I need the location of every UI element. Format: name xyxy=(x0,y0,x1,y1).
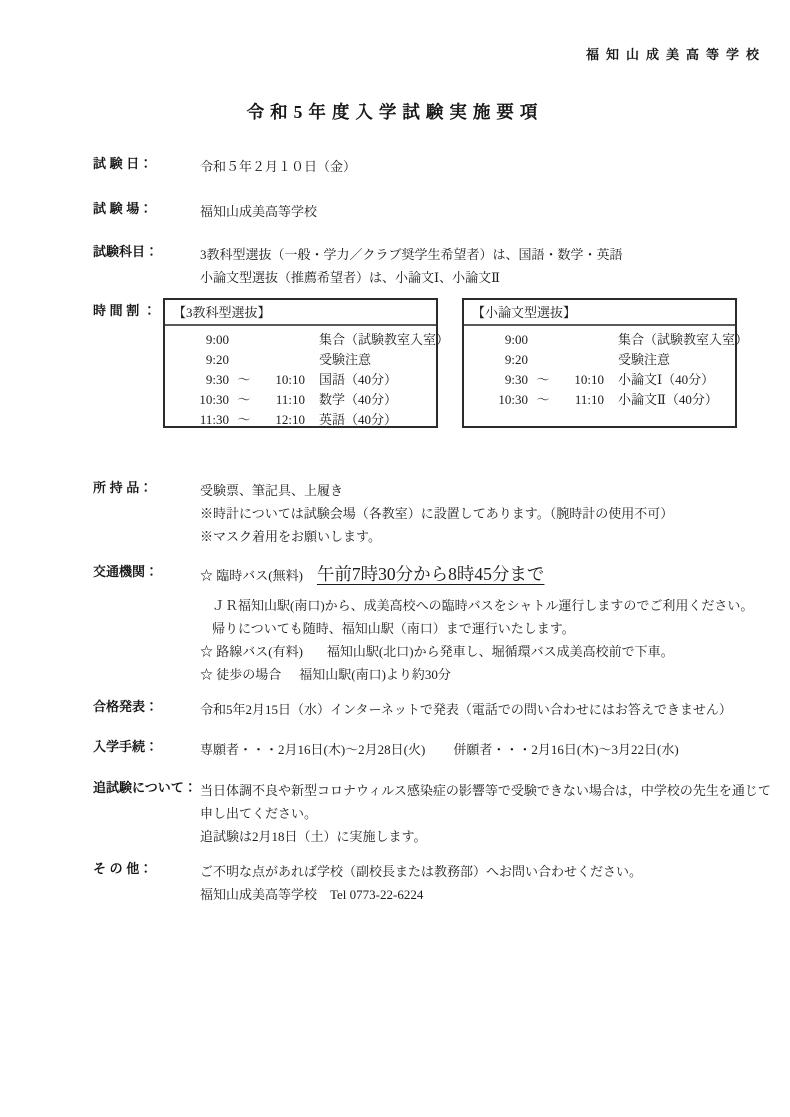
table-row: 9:00 集合（試験教室入室） xyxy=(464,329,735,349)
others-label: そ の 他： xyxy=(93,860,200,878)
section-others: そ の 他： ご不明な点があれば学校（副校長または教務部）へお問い合わせください… xyxy=(93,860,760,906)
belongings-content: 受験票、筆記具、上履き ※時計については試験会場（各教室）に設置してあります。（… xyxy=(200,479,760,548)
header-school-name: 福知山成美高等学校 xyxy=(586,44,766,63)
makeup-exam-line-2: 申し出てください。 xyxy=(200,802,771,825)
time-end xyxy=(558,331,604,348)
timetable-essay: 【小論文型選抜】 9:00 集合（試験教室入室） 9:20 受験注意 xyxy=(462,298,737,428)
row-desc: 受験注意 xyxy=(305,351,430,368)
exam-site-label: 試 験 場： xyxy=(93,200,200,218)
shuttle-note-2: 帰りについても随時、福知山駅（南口）まで運行いたします。 xyxy=(200,617,760,640)
time-end: 12:10 xyxy=(259,411,305,428)
others-content: ご不明な点があれば学校（副校長または教務部）へお問い合わせください。 福知山成美… xyxy=(200,860,760,906)
section-exam-site: 試 験 場： 福知山成美高等学校 xyxy=(93,200,760,223)
table-row: 10:30 〜 11:10 小論文Ⅱ（40分） xyxy=(464,389,735,409)
enrollment-sengan: 専願者・・・2月16日(木)～2月28日(火) xyxy=(200,738,425,761)
exam-site-value: 福知山成美高等学校 xyxy=(200,200,760,223)
row-desc: 小論文Ⅱ（40分） xyxy=(604,391,729,408)
time-end: 10:10 xyxy=(558,371,604,388)
timetable-essay-body: 9:00 集合（試験教室入室） 9:20 受験注意 9:30 〜 xyxy=(464,326,735,409)
announcement-label: 合格発表： xyxy=(93,698,200,716)
time-start: 9:30 xyxy=(472,371,528,388)
time-tilde xyxy=(528,351,558,368)
table-row: 9:20 受験注意 xyxy=(464,349,735,369)
route-bus-label: ☆ 路線バス(有料) xyxy=(200,640,303,663)
time-start: 9:30 xyxy=(173,371,229,388)
time-tilde: 〜 xyxy=(229,411,259,428)
subjects-content: 3教科型選抜（一般・学力／クラブ奨学生希望者）は、国語・数学・英語 小論文型選抜… xyxy=(200,243,760,289)
walk-detail: 福知山駅(南口)より約30分 xyxy=(299,663,451,686)
time-end xyxy=(558,351,604,368)
section-subjects: 試験科目： 3教科型選抜（一般・学力／クラブ奨学生希望者）は、国語・数学・英語 … xyxy=(93,243,760,289)
timetable-3subject-title: 【3教科型選抜】 xyxy=(165,300,436,326)
route-bus-line: ☆ 路線バス(有料) 福知山駅(北口)から発車し、堀循環バス成美高校前で下車。 xyxy=(200,640,760,663)
makeup-exam-line-1: 当日体調不良や新型コロナウィルス感染症の影響等で受験できない場合は，中学校の先生… xyxy=(200,779,771,802)
time-start: 11:30 xyxy=(173,411,229,428)
section-transport: 交通機関： ☆ 臨時バス(無料) 午前7時30分から8時45分まで ＪＲ福知山駅… xyxy=(93,563,760,686)
transport-label: 交通機関： xyxy=(93,563,200,581)
row-desc: 数学（40分） xyxy=(305,391,430,408)
row-desc: 英語（40分） xyxy=(305,411,430,428)
row-desc: 受験注意 xyxy=(604,351,729,368)
row-desc: 国語（40分） xyxy=(305,371,430,388)
route-bus-detail: 福知山駅(北口)から発車し、堀循環バス成美高校前で下車。 xyxy=(327,640,674,663)
time-tilde: 〜 xyxy=(229,371,259,388)
row-desc: 小論文Ⅰ（40分） xyxy=(604,371,729,388)
shuttle-bus-line: ☆ 臨時バス(無料) 午前7時30分から8時45分まで xyxy=(200,563,760,587)
timetable-label: 時 間 割 ： xyxy=(93,298,163,320)
timetable-3subject: 【3教科型選抜】 9:00 集合（試験教室入室） 9:20 受験注意 xyxy=(163,298,438,428)
walk-line: ☆ 徒歩の場合 福知山駅(南口)より約30分 xyxy=(200,663,760,686)
table-row: 9:20 受験注意 xyxy=(165,349,436,369)
belongings-line-3: ※マスク着用をお願いします。 xyxy=(200,525,760,548)
section-exam-date: 試 験 日： 令和５年２月１０日（金） xyxy=(93,155,760,178)
row-desc: 集合（試験教室入室） xyxy=(604,331,748,348)
belongings-label: 所 持 品： xyxy=(93,479,200,497)
table-row: 9:30 〜 10:10 国語（40分） xyxy=(165,369,436,389)
shuttle-note-1: ＪＲ福知山駅(南口)から、成美高校への臨時バスをシャトル運行しますのでご利用くだ… xyxy=(200,594,760,617)
announcement-value: 令和5年2月15日（水）インターネットで発表（電話での問い合わせにはお答えできま… xyxy=(200,698,760,721)
exam-date-label: 試 験 日： xyxy=(93,155,200,173)
shuttle-bus-label: ☆ 臨時バス(無料) xyxy=(200,564,303,587)
row-desc: 集合（試験教室入室） xyxy=(305,331,449,348)
section-timetable: 時 間 割 ： 【3教科型選抜】 9:00 集合（試験教室入室） 9:20 xyxy=(93,298,760,428)
makeup-exam-label: 追試験について： xyxy=(93,779,200,797)
time-tilde: 〜 xyxy=(528,371,558,388)
section-announcement: 合格発表： 令和5年2月15日（水）インターネットで発表（電話での問い合わせには… xyxy=(93,698,760,721)
time-end: 11:10 xyxy=(259,391,305,408)
time-tilde xyxy=(229,331,259,348)
table-row: 9:00 集合（試験教室入室） xyxy=(165,329,436,349)
section-belongings: 所 持 品： 受験票、筆記具、上履き ※時計については試験会場（各教室）に設置し… xyxy=(93,479,760,548)
time-tilde xyxy=(229,351,259,368)
subjects-line-1: 3教科型選抜（一般・学力／クラブ奨学生希望者）は、国語・数学・英語 xyxy=(200,243,760,266)
makeup-exam-line-3: 追試験は2月18日（土）に実施します。 xyxy=(200,825,771,848)
time-tilde xyxy=(528,331,558,348)
time-tilde: 〜 xyxy=(528,391,558,408)
timetable-tables: 【3教科型選抜】 9:00 集合（試験教室入室） 9:20 受験注意 xyxy=(163,298,737,428)
transport-content: ☆ 臨時バス(無料) 午前7時30分から8時45分まで ＪＲ福知山駅(南口)から… xyxy=(200,563,760,686)
time-end: 11:10 xyxy=(558,391,604,408)
makeup-exam-content: 当日体調不良や新型コロナウィルス感染症の影響等で受験できない場合は，中学校の先生… xyxy=(200,779,771,848)
time-end xyxy=(259,331,305,348)
enrollment-content: 専願者・・・2月16日(木)～2月28日(火) 併願者・・・2月16日(木)～3… xyxy=(200,738,760,761)
page-title: 令和5年度入学試験実施要項 xyxy=(0,99,790,124)
time-tilde: 〜 xyxy=(229,391,259,408)
time-start: 9:20 xyxy=(472,351,528,368)
time-start: 10:30 xyxy=(472,391,528,408)
time-start: 10:30 xyxy=(173,391,229,408)
table-row: 9:30 〜 10:10 小論文Ⅰ（40分） xyxy=(464,369,735,389)
section-enrollment: 入学手続： 専願者・・・2月16日(木)～2月28日(火) 併願者・・・2月16… xyxy=(93,738,760,761)
time-start: 9:00 xyxy=(173,331,229,348)
time-end: 10:10 xyxy=(259,371,305,388)
timetable-essay-title: 【小論文型選抜】 xyxy=(464,300,735,326)
enrollment-heigan: 併願者・・・2月16日(木)～3月22日(水) xyxy=(453,738,678,761)
time-end xyxy=(259,351,305,368)
subjects-line-2: 小論文型選抜（推薦希望者）は、小論文Ⅰ、小論文Ⅱ xyxy=(200,266,760,289)
others-line-1: ご不明な点があれば学校（副校長または教務部）へお問い合わせください。 xyxy=(200,860,760,883)
table-row: 11:30 〜 12:10 英語（40分） xyxy=(165,409,436,429)
enrollment-label: 入学手続： xyxy=(93,738,200,756)
exam-date-value: 令和５年２月１０日（金） xyxy=(200,155,760,178)
time-start: 9:00 xyxy=(472,331,528,348)
time-start: 9:20 xyxy=(173,351,229,368)
belongings-line-2: ※時計については試験会場（各教室）に設置してあります。（腕時計の使用不可） xyxy=(200,502,760,525)
table-row: 10:30 〜 11:10 数学（40分） xyxy=(165,389,436,409)
shuttle-bus-hours: 午前7時30分から8時45分まで xyxy=(317,563,545,585)
others-line-2: 福知山成美高等学校 Tel 0773-22-6224 xyxy=(200,883,760,906)
belongings-line-1: 受験票、筆記具、上履き xyxy=(200,479,760,502)
timetable-3subject-body: 9:00 集合（試験教室入室） 9:20 受験注意 9:30 〜 xyxy=(165,326,436,429)
document-page: 福知山成美高等学校 令和5年度入学試験実施要項 試 験 日： 令和５年２月１０日… xyxy=(0,0,790,1117)
subjects-label: 試験科目： xyxy=(93,243,200,261)
walk-label: ☆ 徒歩の場合 xyxy=(200,663,281,686)
section-makeup-exam: 追試験について： 当日体調不良や新型コロナウィルス感染症の影響等で受験できない場… xyxy=(93,779,760,848)
